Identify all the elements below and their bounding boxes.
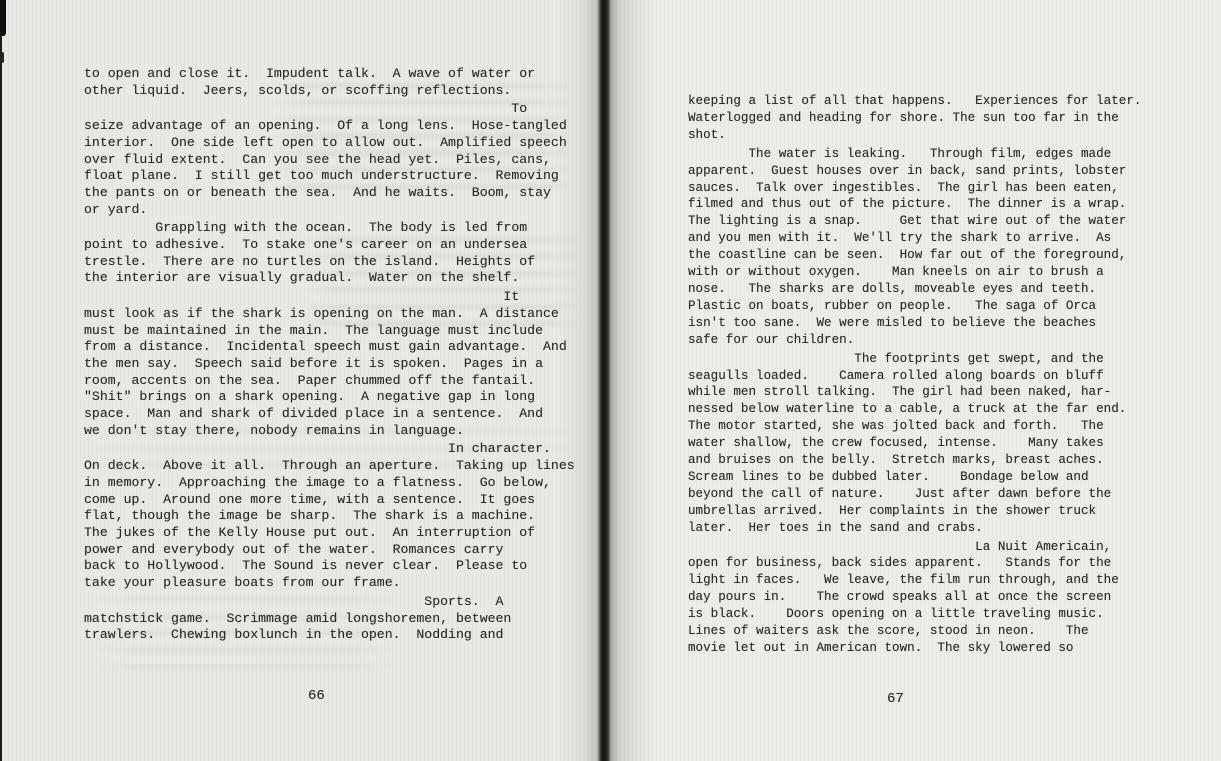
text-line: keeping a list of all that happens. Expe… bbox=[688, 93, 1141, 110]
text-line: room, accents on the sea. Paper chummed … bbox=[84, 373, 575, 390]
text-line: we don't stay there, nobody remains in l… bbox=[84, 423, 575, 440]
text-line: nessed below waterline to a cable, a tru… bbox=[688, 401, 1141, 418]
text-line: Waterlogged and heading for shore. The s… bbox=[688, 110, 1141, 127]
page-number-left: 66 bbox=[308, 688, 325, 704]
text-line: La Nuit Americain, bbox=[688, 539, 1141, 556]
text-line: take your pleasure boats from our frame. bbox=[84, 575, 575, 592]
text-line: power and everybody out of the water. Ro… bbox=[84, 542, 575, 559]
scan-edge-mark bbox=[0, 52, 4, 63]
text-line: in memory. Approaching the image to a fl… bbox=[84, 475, 575, 492]
text-line: nose. The sharks are dolls, moveable eye… bbox=[688, 281, 1141, 298]
text-line: and you men with it. We'll try the shark… bbox=[688, 230, 1141, 247]
text-line: flat, though the image be sharp. The sha… bbox=[84, 508, 575, 525]
book-spread: to open and close it. Impudent talk. A w… bbox=[0, 0, 1221, 761]
text-line: come up. Around one more time, with a se… bbox=[84, 492, 575, 509]
text-line: the coastline can be seen. How far out o… bbox=[688, 247, 1141, 264]
text-line: water shallow, the crew focused, intense… bbox=[688, 435, 1141, 452]
text-line: safe for our children. bbox=[688, 332, 1141, 349]
page-66-text: to open and close it. Impudent talk. A w… bbox=[84, 66, 575, 644]
text-line: The motor started, she was jolted back a… bbox=[688, 418, 1141, 435]
text-line: The lighting is a snap. Get that wire ou… bbox=[688, 213, 1141, 230]
text-line: Lines of waiters ask the score, stood in… bbox=[688, 623, 1141, 640]
text-line: is black. Doors opening on a little trav… bbox=[688, 606, 1141, 623]
text-line: matchstick game. Scrimmage amid longshor… bbox=[84, 611, 575, 628]
text-line: trestle. There are no turtles on the isl… bbox=[84, 254, 575, 271]
text-line: Plastic on boats, rubber on people. The … bbox=[688, 298, 1141, 315]
text-line: apparent. Guest houses over in back, san… bbox=[688, 163, 1141, 180]
text-line: must look as if the shark is opening on … bbox=[84, 306, 575, 323]
text-line: and bruises on the belly. Stretch marks,… bbox=[688, 452, 1141, 469]
text-line: back to Hollywood. The Sound is never cl… bbox=[84, 558, 575, 575]
text-line: must be maintained in the main. The lang… bbox=[84, 323, 575, 340]
text-line: beyond the call of nature. Just after da… bbox=[688, 486, 1141, 503]
text-line: open for business, back sides apparent. … bbox=[688, 555, 1141, 572]
scan-edge bbox=[0, 0, 2, 761]
text-line: interior. One side left open to allow ou… bbox=[84, 135, 575, 152]
text-line: isn't too sane. We were misled to believ… bbox=[688, 315, 1141, 332]
text-line: light in faces. We leave, the film run t… bbox=[688, 572, 1141, 589]
text-line: the interior are visually gradual. Water… bbox=[84, 270, 575, 287]
text-line: while men stroll talking. The girl had b… bbox=[688, 384, 1141, 401]
page-67-text: keeping a list of all that happens. Expe… bbox=[688, 93, 1141, 657]
text-line: other liquid. Jeers, scolds, or scoffing… bbox=[84, 83, 575, 100]
text-line: day pours in. The crowd speaks all at on… bbox=[688, 589, 1141, 606]
text-line: from a distance. Incidental speech must … bbox=[84, 339, 575, 356]
text-line: filmed and thus out of the picture. The … bbox=[688, 196, 1141, 213]
text-line: The jukes of the Kelly House put out. An… bbox=[84, 525, 575, 542]
text-line: "Shit" brings on a shark opening. A nega… bbox=[84, 389, 575, 406]
page-number-right: 67 bbox=[887, 691, 904, 707]
text-line: float plane. I still get too much unders… bbox=[84, 168, 575, 185]
text-line: the pants on or beneath the sea. And he … bbox=[84, 185, 575, 202]
text-line: Sports. A bbox=[84, 594, 575, 611]
text-line: seagulls loaded. Camera rolled along boa… bbox=[688, 368, 1141, 385]
text-line: In character. bbox=[84, 441, 575, 458]
text-line: On deck. Above it all. Through an apertu… bbox=[84, 458, 575, 475]
scan-edge-mark bbox=[0, 0, 6, 36]
text-line: seize advantage of an opening. Of a long… bbox=[84, 118, 575, 135]
text-line: To bbox=[84, 101, 575, 118]
text-line: to open and close it. Impudent talk. A w… bbox=[84, 66, 575, 83]
text-line: or yard. bbox=[84, 202, 575, 219]
text-line: The water is leaking. Through film, edge… bbox=[688, 146, 1141, 163]
text-line: point to adhesive. To stake one's career… bbox=[84, 237, 575, 254]
text-line: space. Man and shark of divided place in… bbox=[84, 406, 575, 423]
text-line: It bbox=[84, 289, 575, 306]
text-line: umbrellas arrived. Her complaints in the… bbox=[688, 503, 1141, 520]
text-line: later. Her toes in the sand and crabs. bbox=[688, 520, 1141, 537]
text-line: the men say. Speech said before it is sp… bbox=[84, 356, 575, 373]
text-line: movie let out in American town. The sky … bbox=[688, 640, 1141, 657]
text-line: Scream lines to be dubbed later. Bondage… bbox=[688, 469, 1141, 486]
text-line: with or without oxygen. Man kneels on ai… bbox=[688, 264, 1141, 281]
text-line: The footprints get swept, and the bbox=[688, 351, 1141, 368]
text-line: sauces. Talk over ingestibles. The girl … bbox=[688, 180, 1141, 197]
text-line: over fluid extent. Can you see the head … bbox=[84, 152, 575, 169]
text-line: trawlers. Chewing boxlunch in the open. … bbox=[84, 627, 575, 644]
text-line: Grappling with the ocean. The body is le… bbox=[84, 220, 575, 237]
text-line: shot. bbox=[688, 127, 1141, 144]
